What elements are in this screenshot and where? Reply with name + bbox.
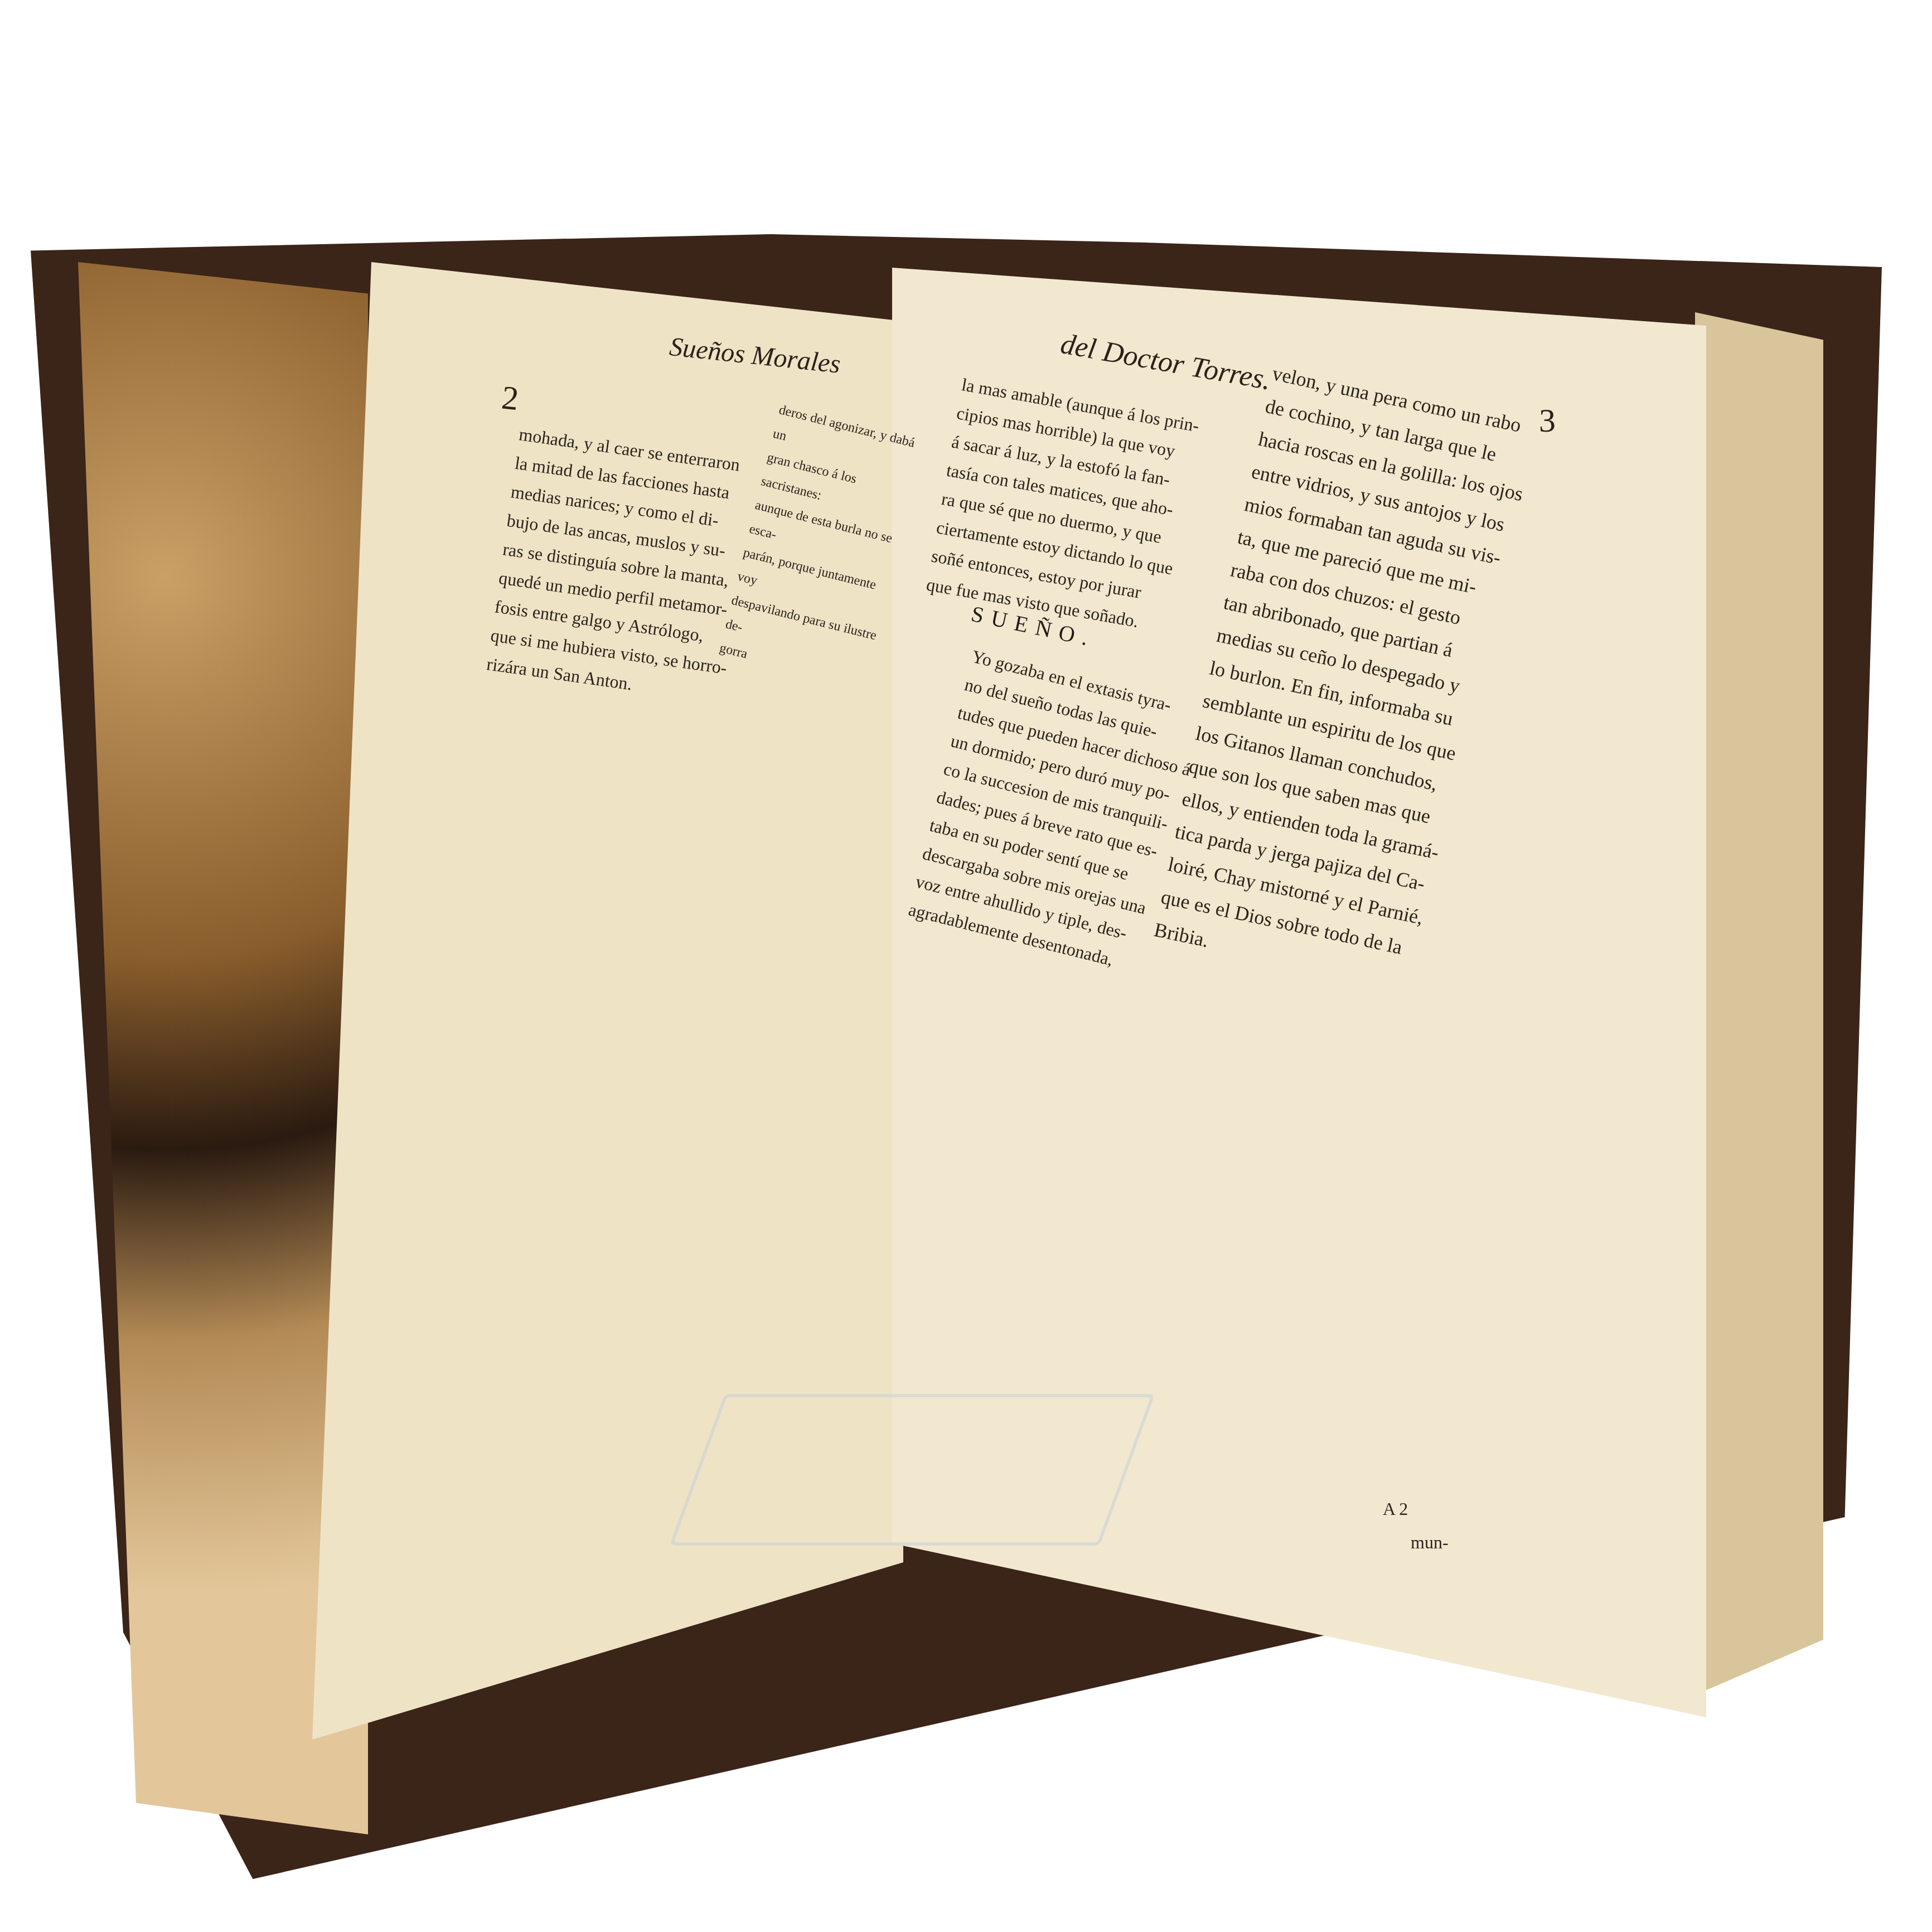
acrylic-book-stand xyxy=(670,1394,1155,1546)
left-column-1: mohada, y al caer se enterraron la mitad… xyxy=(485,419,759,711)
catchword: mun- xyxy=(1411,1528,1449,1557)
book-photo: 2 Sueños Morales del Doctor Torres. 3 mo… xyxy=(0,0,1932,1932)
signature-mark: A 2 xyxy=(1383,1494,1408,1523)
right-column-1-top: la mas amable (aunque á los prin- cipios… xyxy=(924,370,1217,643)
page-edges xyxy=(1695,312,1823,1695)
